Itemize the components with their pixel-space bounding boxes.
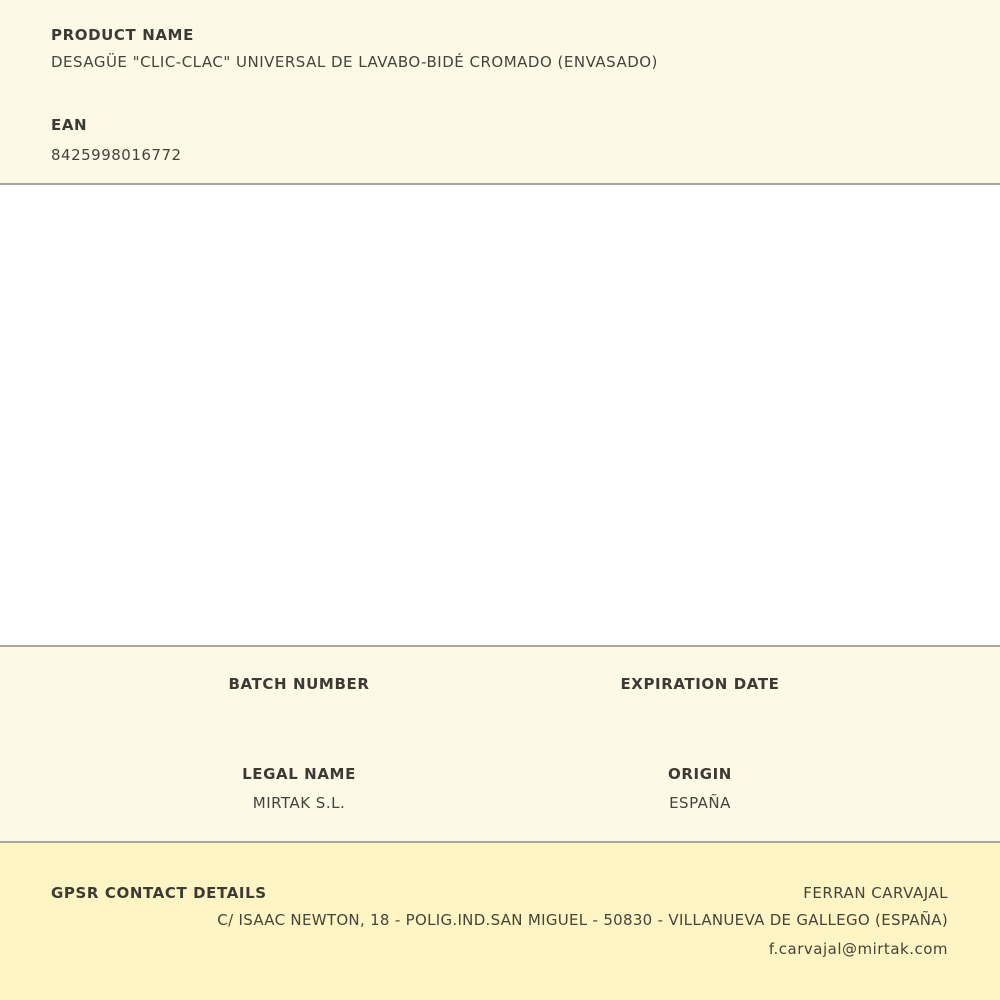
ean-label: EAN <box>51 116 87 134</box>
gpsr-contact-name: FERRAN CARVAJAL <box>803 884 948 902</box>
gpsr-contact-section: GPSR CONTACT DETAILS FERRAN CARVAJAL C/ … <box>0 843 1000 1000</box>
origin-field: ORIGIN ESPAÑA <box>550 765 850 812</box>
gpsr-contact-email[interactable]: f.carvajal@mirtak.com <box>769 940 948 958</box>
expiration-date-label: EXPIRATION DATE <box>550 675 850 693</box>
product-name-value: DESAGÜE "CLIC-CLAC" UNIVERSAL DE LAVABO-… <box>51 53 658 71</box>
origin-label: ORIGIN <box>550 765 850 783</box>
product-info-section: PRODUCT NAME DESAGÜE "CLIC-CLAC" UNIVERS… <box>0 0 1000 185</box>
product-details-section: BATCH NUMBER EXPIRATION DATE LEGAL NAME … <box>0 645 1000 843</box>
origin-value: ESPAÑA <box>550 794 850 812</box>
batch-number-label: BATCH NUMBER <box>149 675 449 693</box>
gpsr-contact-address: C/ ISAAC NEWTON, 18 - POLIG.IND.SAN MIGU… <box>217 911 948 929</box>
legal-name-field: LEGAL NAME MIRTAK S.L. <box>149 765 449 812</box>
batch-number-field: BATCH NUMBER <box>149 675 449 704</box>
gpsr-contact-label: GPSR CONTACT DETAILS <box>51 884 267 902</box>
product-image-area <box>0 185 1000 645</box>
expiration-date-field: EXPIRATION DATE <box>550 675 850 704</box>
legal-name-value: MIRTAK S.L. <box>149 794 449 812</box>
product-name-label: PRODUCT NAME <box>51 26 194 44</box>
legal-name-label: LEGAL NAME <box>149 765 449 783</box>
ean-value: 8425998016772 <box>51 146 182 164</box>
